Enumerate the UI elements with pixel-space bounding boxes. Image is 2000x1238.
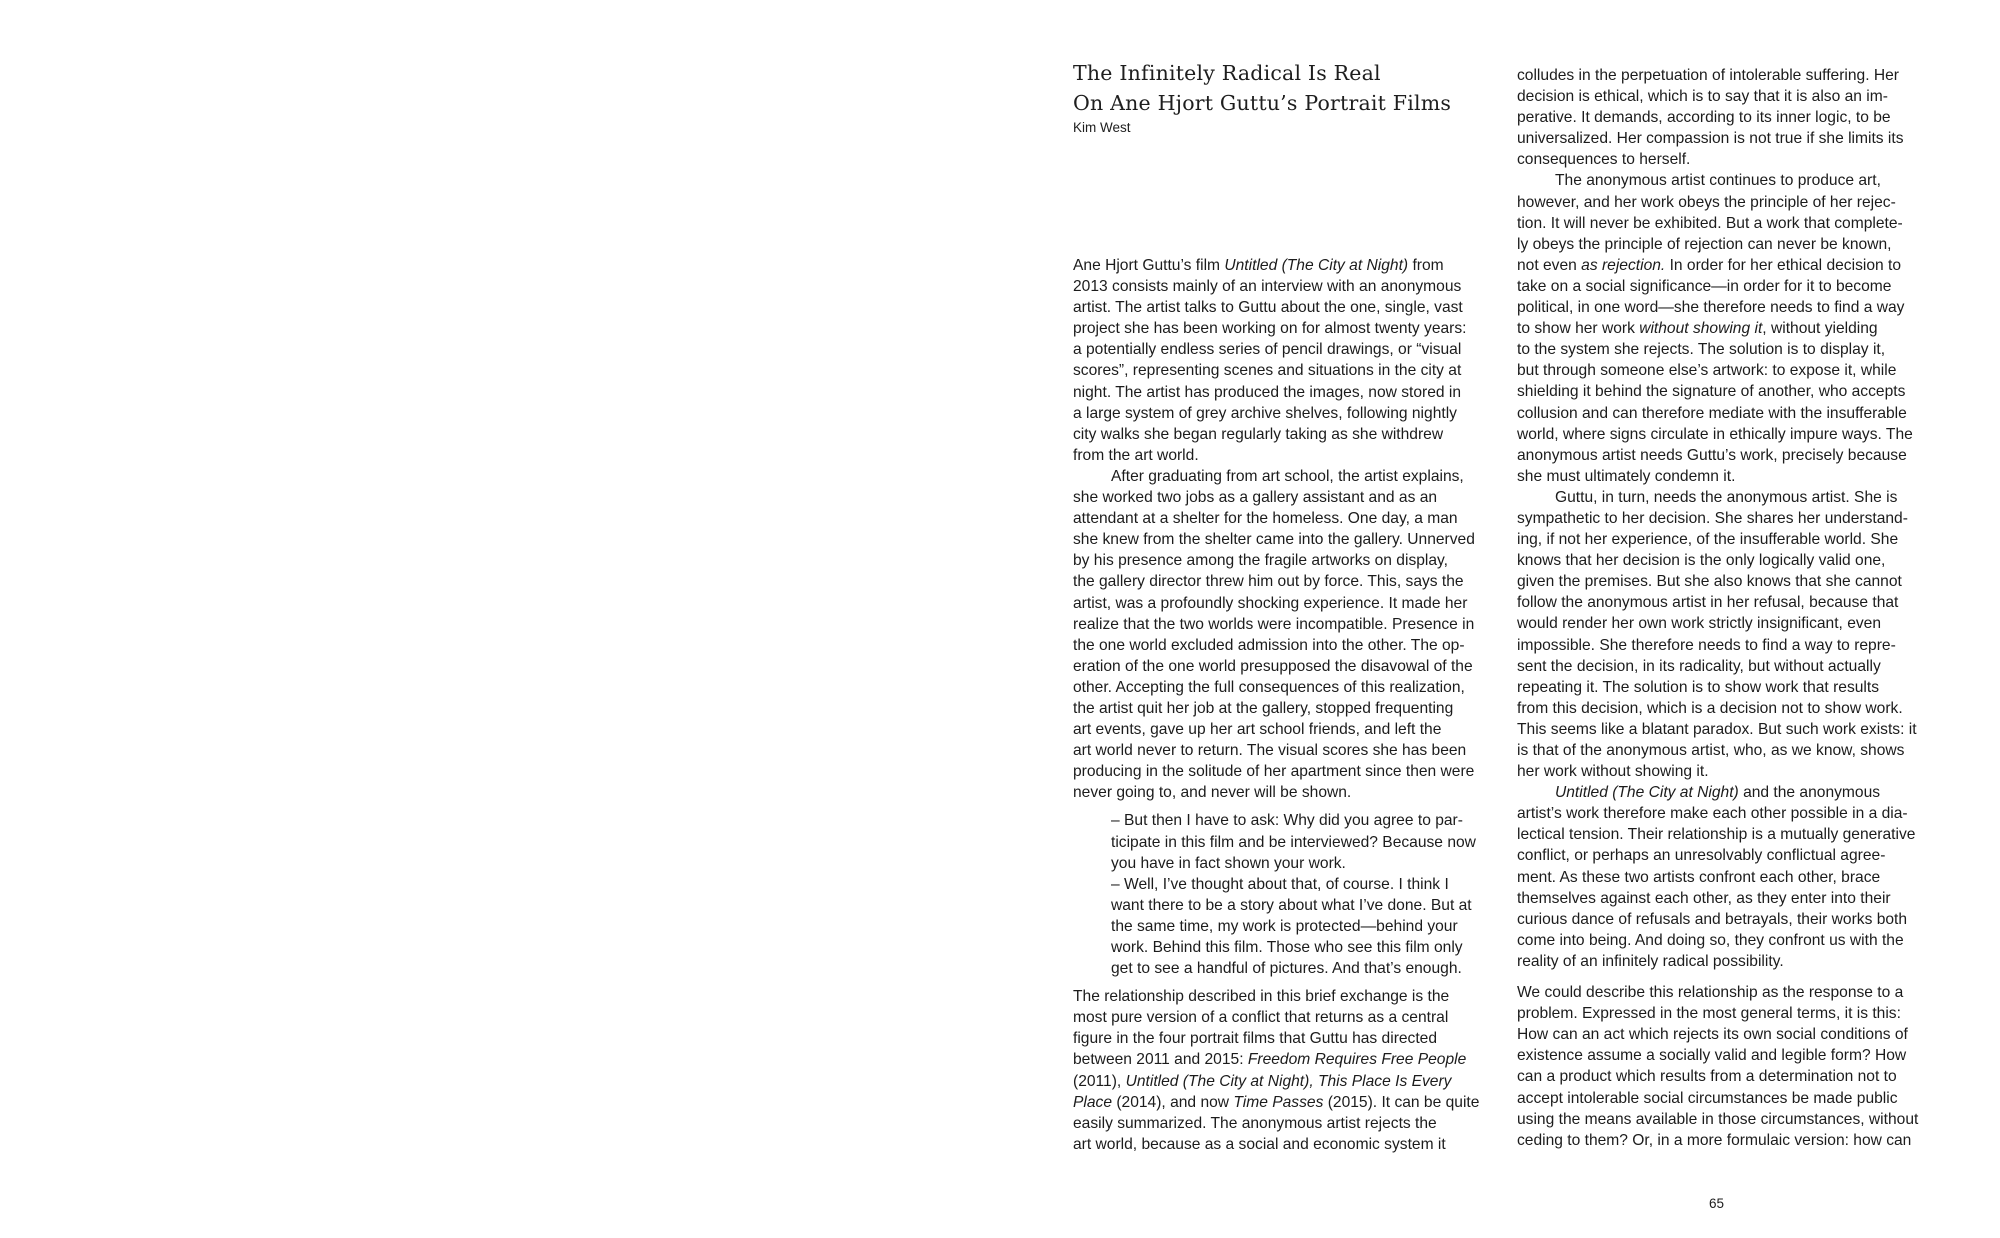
text-line: attendant at a shelter for the homeless.… <box>1073 508 1503 529</box>
text-line: want there to be a story about what I’ve… <box>1073 895 1503 916</box>
text-line: ing, if not her experience, of the insuf… <box>1517 529 1957 550</box>
text-line: The relationship described in this brief… <box>1073 986 1503 1007</box>
text-line: – But then I have to ask: Why did you ag… <box>1073 810 1503 831</box>
text-line: follow the anonymous artist in her refus… <box>1517 592 1957 613</box>
text-line: the one world excluded admission into th… <box>1073 635 1503 656</box>
text-line: impossible. She therefore needs to find … <box>1517 635 1957 656</box>
text-line: given the premises. But she also knows t… <box>1517 571 1957 592</box>
text-line: using the means available in those circu… <box>1517 1109 1957 1130</box>
text-line: consequences to herself. <box>1517 149 1957 170</box>
text-line: political, in one word—she therefore nee… <box>1517 297 1957 318</box>
text-line: to the system she rejects. The solution … <box>1517 339 1957 360</box>
text-line: decision is ethical, which is to say tha… <box>1517 86 1957 107</box>
text-line: however, and her work obeys the principl… <box>1517 192 1957 213</box>
text-line: We could describe this relationship as t… <box>1517 982 1957 1003</box>
text-line: tion. It will never be exhibited. But a … <box>1517 213 1957 234</box>
text-line: themselves against each other, as they e… <box>1517 888 1957 909</box>
text-line: the artist quit her job at the gallery, … <box>1073 698 1503 719</box>
text-line: Place (2014), and now Time Passes (2015)… <box>1073 1092 1503 1113</box>
text-line: ment. As these two artists confront each… <box>1517 867 1957 888</box>
text-line: art world never to return. The visual sc… <box>1073 740 1503 761</box>
text-line: can a product which results from a deter… <box>1517 1066 1957 1087</box>
text-line: Guttu, in turn, needs the anonymous arti… <box>1517 487 1957 508</box>
block-quote-dialogue: – But then I have to ask: Why did you ag… <box>1073 810 1503 979</box>
text-line: ceding to them? Or, in a more formulaic … <box>1517 1130 1957 1151</box>
text-line: curious dance of refusals and betrayals,… <box>1517 909 1957 930</box>
text-line: a large system of grey archive shelves, … <box>1073 403 1503 424</box>
text-line: producing in the solitude of her apartme… <box>1073 761 1503 782</box>
page-number: 65 <box>1709 1196 1724 1211</box>
article-title: The Infinitely Radical Is Real <box>1073 58 1493 88</box>
paragraph: After graduating from art school, the ar… <box>1073 466 1503 804</box>
text-line: from this decision, which is a decision … <box>1517 698 1957 719</box>
text-line: between 2011 and 2015: Freedom Requires … <box>1073 1049 1503 1070</box>
text-line: sympathetic to her decision. She shares … <box>1517 508 1957 529</box>
text-line: work. Behind this film. Those who see th… <box>1073 937 1503 958</box>
text-line: she knew from the shelter came into the … <box>1073 529 1503 550</box>
text-line: scores”, representing scenes and situati… <box>1073 360 1503 381</box>
text-line: easily summarized. The anonymous artist … <box>1073 1113 1503 1134</box>
text-line: city walks she began regularly taking as… <box>1073 424 1503 445</box>
text-line: art world, because as a social and econo… <box>1073 1134 1503 1155</box>
text-line: The anonymous artist continues to produc… <box>1517 170 1957 191</box>
text-line: universalized. Her compassion is not tru… <box>1517 128 1957 149</box>
paragraph: colludes in the perpetuation of intolera… <box>1517 65 1957 170</box>
text-line: perative. It demands, according to its i… <box>1517 107 1957 128</box>
text-line: accept intolerable social circumstances … <box>1517 1088 1957 1109</box>
text-line: Ane Hjort Guttu’s film Untitled (The Cit… <box>1073 255 1503 276</box>
article-subtitle: On Ane Hjort Guttu’s Portrait Films <box>1073 88 1493 118</box>
text-line: Untitled (The City at Night) and the ano… <box>1517 782 1957 803</box>
text-line: artist’s work therefore make each other … <box>1517 803 1957 824</box>
text-line: a potentially endless series of pencil d… <box>1073 339 1503 360</box>
text-line: existence assume a socially valid and le… <box>1517 1045 1957 1066</box>
text-line: realize that the two worlds were incompa… <box>1073 614 1503 635</box>
text-line: artist. The artist talks to Guttu about … <box>1073 297 1503 318</box>
text-line: other. Accepting the full consequences o… <box>1073 677 1503 698</box>
text-line: is that of the anonymous artist, who, as… <box>1517 740 1957 761</box>
text-line: – Well, I’ve thought about that, of cour… <box>1073 874 1503 895</box>
text-line: she worked two jobs as a gallery assista… <box>1073 487 1503 508</box>
text-line: problem. Expressed in the most general t… <box>1517 1003 1957 1024</box>
author-name: Kim West <box>1073 118 1493 138</box>
text-line: would render her own work strictly insig… <box>1517 613 1957 634</box>
text-line: she must ultimately condemn it. <box>1517 466 1957 487</box>
article-header: The Infinitely Radical Is Real On Ane Hj… <box>1073 58 1493 138</box>
text-line: (2011), Untitled (The City at Night), Th… <box>1073 1071 1503 1092</box>
text-line: sent the decision, in its radicality, bu… <box>1517 656 1957 677</box>
text-line: world, where signs circulate in ethicall… <box>1517 424 1957 445</box>
text-line: lectical tension. Their relationship is … <box>1517 824 1957 845</box>
paragraph: The anonymous artist continues to produc… <box>1517 170 1957 486</box>
paragraph: Ane Hjort Guttu’s film Untitled (The Cit… <box>1073 255 1503 466</box>
text-line: get to see a handful of pictures. And th… <box>1073 958 1503 979</box>
text-line: 2013 consists mainly of an interview wit… <box>1073 276 1503 297</box>
text-line: conflict, or perhaps an unresolvably con… <box>1517 845 1957 866</box>
text-line: to show her work without showing it, wit… <box>1517 318 1957 339</box>
section-break <box>1517 972 1957 982</box>
text-line: anonymous artist needs Guttu’s work, pre… <box>1517 445 1957 466</box>
text-line: from the art world. <box>1073 445 1503 466</box>
text-line: shielding it behind the signature of ano… <box>1517 381 1957 402</box>
text-line: ly obeys the principle of rejection can … <box>1517 234 1957 255</box>
text-line: you have in fact shown your work. <box>1073 853 1503 874</box>
text-line: collusion and can therefore mediate with… <box>1517 403 1957 424</box>
text-line: by his presence among the fragile artwor… <box>1073 550 1503 571</box>
text-line: knows that her decision is the only logi… <box>1517 550 1957 571</box>
text-line: come into being. And doing so, they conf… <box>1517 930 1957 951</box>
text-line: take on a social significance—in order f… <box>1517 276 1957 297</box>
text-line: colludes in the perpetuation of intolera… <box>1517 65 1957 86</box>
left-page-blank <box>0 0 1000 1238</box>
text-line: art events, gave up her art school frien… <box>1073 719 1503 740</box>
paragraph: We could describe this relationship as t… <box>1517 982 1957 1151</box>
paragraph: The relationship described in this brief… <box>1073 986 1503 1155</box>
text-line: night. The artist has produced the image… <box>1073 382 1503 403</box>
text-line: reality of an infinitely radical possibi… <box>1517 951 1957 972</box>
text-line: figure in the four portrait films that G… <box>1073 1028 1503 1049</box>
text-line: the gallery director threw him out by fo… <box>1073 571 1503 592</box>
text-line: ticipate in this film and be interviewed… <box>1073 832 1503 853</box>
text-line: but through someone else’s artwork: to e… <box>1517 360 1957 381</box>
text-line: the same time, my work is protected—behi… <box>1073 916 1503 937</box>
text-line: most pure version of a conflict that ret… <box>1073 1007 1503 1028</box>
paragraph: Guttu, in turn, needs the anonymous arti… <box>1517 487 1957 782</box>
text-column-left: Ane Hjort Guttu’s film Untitled (The Cit… <box>1073 255 1503 1155</box>
text-column-right: colludes in the perpetuation of intolera… <box>1517 65 1957 1151</box>
text-line: How can an act which rejects its own soc… <box>1517 1024 1957 1045</box>
paragraph: Untitled (The City at Night) and the ano… <box>1517 782 1957 972</box>
text-line: never going to, and never will be shown. <box>1073 782 1503 803</box>
text-line: repeating it. The solution is to show wo… <box>1517 677 1957 698</box>
text-line: not even as rejection. In order for her … <box>1517 255 1957 276</box>
text-line: This seems like a blatant paradox. But s… <box>1517 719 1957 740</box>
book-spread: The Infinitely Radical Is Real On Ane Hj… <box>0 0 2000 1238</box>
text-line: her work without showing it. <box>1517 761 1957 782</box>
text-line: eration of the one world presupposed the… <box>1073 656 1503 677</box>
text-line: project she has been working on for almo… <box>1073 318 1503 339</box>
text-line: After graduating from art school, the ar… <box>1073 466 1503 487</box>
text-line: artist, was a profoundly shocking experi… <box>1073 593 1503 614</box>
